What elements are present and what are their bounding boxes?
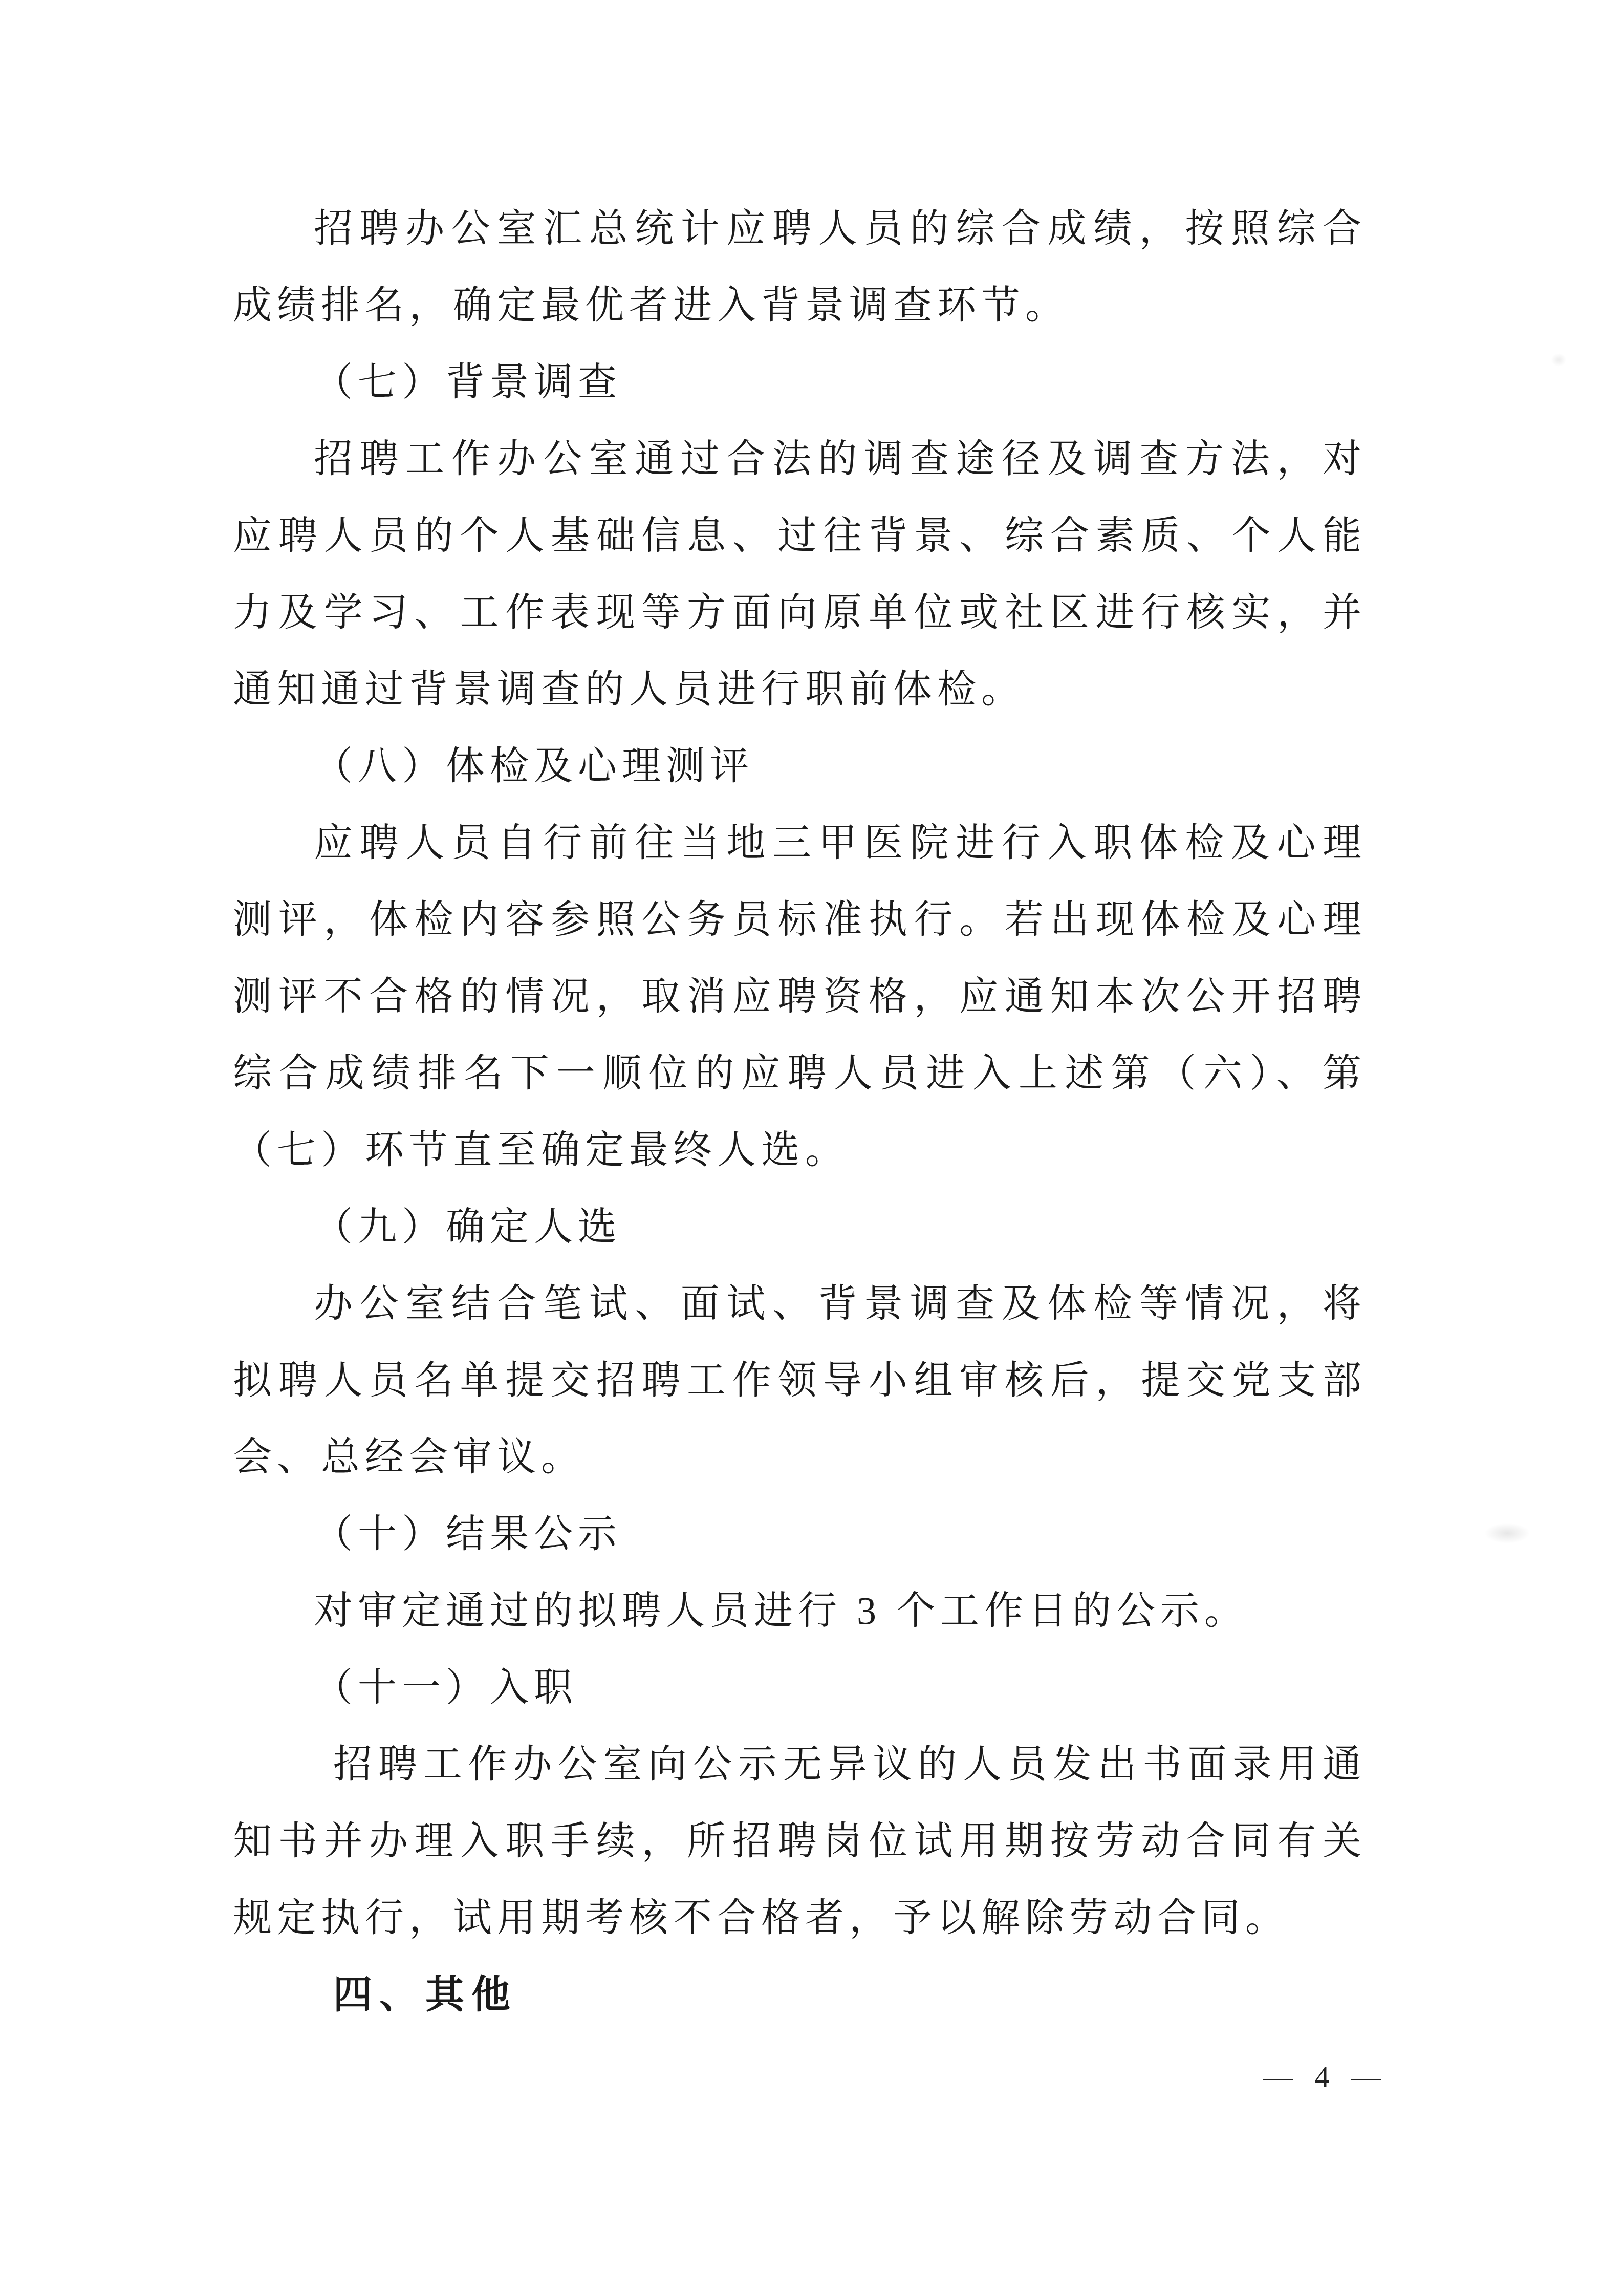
subheading-ten: （十）结果公示 — [233, 1496, 1367, 1573]
section-heading-four: 四、其他 — [233, 1957, 1367, 2033]
paragraph-line: 拟聘人员名单提交招聘工作领导小组审核后，提交党支部 — [233, 1342, 1367, 1419]
paragraph-line: 办公室结合笔试、面试、背景调查及体检等情况，将 — [233, 1265, 1367, 1342]
paragraph-line: 测评，体检内容参照公务员标准执行。若出现体检及心理 — [233, 882, 1367, 958]
page-number: — 4 — — [1263, 2054, 1388, 2100]
scan-smudge — [1551, 353, 1566, 367]
subheading-seven: （七）背景调查 — [233, 344, 1367, 421]
paragraph-line: 招聘工作办公室向公示无异议的人员发出书面录用通 — [233, 1726, 1367, 1803]
subheading-eleven: （十一）入职 — [233, 1649, 1367, 1726]
document-page: 招聘办公室汇总统计应聘人员的综合成绩，按照综合 成绩排名，确定最优者进入背景调查… — [0, 0, 1624, 2296]
paragraph-line: 对审定通过的拟聘人员进行 3 个工作日的公示。 — [233, 1573, 1367, 1649]
paragraph-line: 知书并办理入职手续，所招聘岗位试用期按劳动合同有关 — [233, 1803, 1367, 1880]
paragraph-line: 综合成绩排名下一顺位的应聘人员进入上述第（六）、第 — [233, 1035, 1367, 1112]
paragraph-line: （七）环节直至确定最终人选。 — [233, 1112, 1367, 1189]
paragraph-line: 招聘工作办公室通过合法的调查途径及调查方法，对 — [233, 421, 1367, 498]
paragraph-line: 招聘办公室汇总统计应聘人员的综合成绩，按照综合 — [233, 190, 1367, 267]
scan-smudge — [1484, 1523, 1530, 1543]
paragraph-line: 测评不合格的情况，取消应聘资格，应通知本次公开招聘 — [233, 958, 1367, 1035]
paragraph-line: 成绩排名，确定最优者进入背景调查环节。 — [233, 267, 1367, 344]
paragraph-line: 规定执行，试用期考核不合格者，予以解除劳动合同。 — [233, 1880, 1367, 1957]
document-body: 招聘办公室汇总统计应聘人员的综合成绩，按照综合 成绩排名，确定最优者进入背景调查… — [233, 190, 1367, 2033]
paragraph-line: 应聘人员自行前往当地三甲医院进行入职体检及心理 — [233, 805, 1367, 882]
paragraph-line: 通知通过背景调查的人员进行职前体检。 — [233, 651, 1367, 728]
paragraph-line: 会、总经会审议。 — [233, 1419, 1367, 1496]
paragraph-line: 力及学习、工作表现等方面向原单位或社区进行核实，并 — [233, 574, 1367, 651]
subheading-eight: （八）体检及心理测评 — [233, 728, 1367, 805]
subheading-nine: （九）确定人选 — [233, 1189, 1367, 1265]
paragraph-line: 应聘人员的个人基础信息、过往背景、综合素质、个人能 — [233, 498, 1367, 574]
